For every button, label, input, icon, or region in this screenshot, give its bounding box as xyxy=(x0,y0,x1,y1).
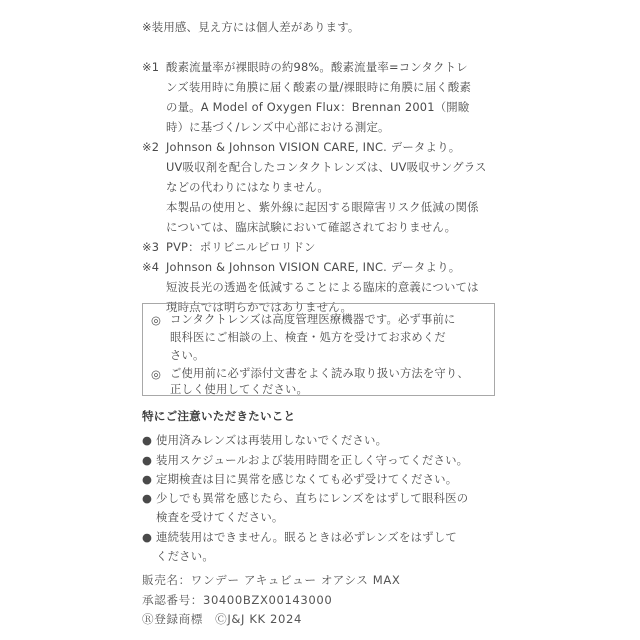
footnote-line: については、臨床試験において確認されておりません。 xyxy=(166,217,456,237)
caution-line: 定期検査は目に異常を感じなくても必ず受けてください。 xyxy=(156,469,457,489)
intro-note: ※装用感、見え方には個人差があります。 xyxy=(142,17,359,37)
double-circle-icon: ◎ xyxy=(151,365,161,383)
bullet-dot-icon: ● xyxy=(142,450,152,470)
footnote-line: Johnson & Johnson VISION CARE, INC. データよ… xyxy=(166,137,460,157)
footnote-line: などの代わりにはなりません。 xyxy=(166,177,329,197)
caution-line: 連続装用はできません。眠るときは必ずレンズをはずして xyxy=(156,527,457,547)
footnote-mark: ※1 xyxy=(142,57,159,77)
caution-heading: 特にご注意いただきたいこと xyxy=(142,406,295,426)
footnote-line: ンズ装用時に角膜に届く酸素の量/裸眼時に角膜に届く酸素 xyxy=(166,77,471,97)
bullet-dot-icon: ● xyxy=(142,488,152,508)
notice-line: 正しく使用してください。 xyxy=(170,381,308,399)
footnote-line: UV吸収剤を配合したコンタクトレンズは、UV吸収サングラス xyxy=(166,157,487,177)
bullet-dot-icon: ● xyxy=(142,430,152,450)
product-name: 販売名：ワンデー アキュビュー オアシス MAX xyxy=(142,570,400,590)
footnote-line: Johnson & Johnson VISION CARE, INC. データよ… xyxy=(166,257,460,277)
notice-box: ◎ コンタクトレンズは高度管理医療機器です。必ず事前に 眼科医にご相談の上、検査… xyxy=(142,303,495,396)
approval-number: 承認番号：30400BZX00143000 xyxy=(142,590,332,610)
caution-line: 装用スケジュールおよび装用時間を正しく守ってください。 xyxy=(156,450,468,470)
footnote-line: の量。A Model of Oxygen Flux：Brennan 2001（開… xyxy=(166,97,469,117)
notice-line: コンタクトレンズは高度管理医療機器です。必ず事前に xyxy=(170,311,455,329)
footnote-line: 酸素流量率が裸眼時の約98%。酸素流量率=コンタクトレ xyxy=(166,57,468,77)
footnote-mark: ※3 xyxy=(142,237,159,257)
footnote-mark: ※4 xyxy=(142,257,159,277)
notice-line: さい。 xyxy=(170,347,205,365)
notice-line: 眼科医にご相談の上、検査・処方を受けてお求めくだ xyxy=(170,329,446,347)
footnote-line: 本製品の使用と、紫外線に起因する眼障害リスク低減の関係 xyxy=(166,197,479,217)
footnote-line: 時）に基づく/レンズ中心部における測定。 xyxy=(166,117,390,137)
caution-line: ください。 xyxy=(156,546,214,566)
double-circle-icon: ◎ xyxy=(151,311,161,329)
trademark-notice: Ⓡ登録商標 ⒸJ&J KK 2024 xyxy=(142,609,302,629)
caution-line: 使用済みレンズは再装用しないでください。 xyxy=(156,430,387,450)
bullet-dot-icon: ● xyxy=(142,469,152,489)
caution-line: 検査を受けてください。 xyxy=(156,507,284,527)
caution-line: 少しでも異常を感じたら、直ちにレンズをはずして眼科医の xyxy=(156,488,468,508)
bullet-dot-icon: ● xyxy=(142,527,152,547)
footnote-mark: ※2 xyxy=(142,137,159,157)
footnote-line: 短波長光の透過を低減することによる臨床的意義については xyxy=(166,277,479,297)
footnote-line: PVP：ポリビニルピロリドン xyxy=(166,237,316,257)
